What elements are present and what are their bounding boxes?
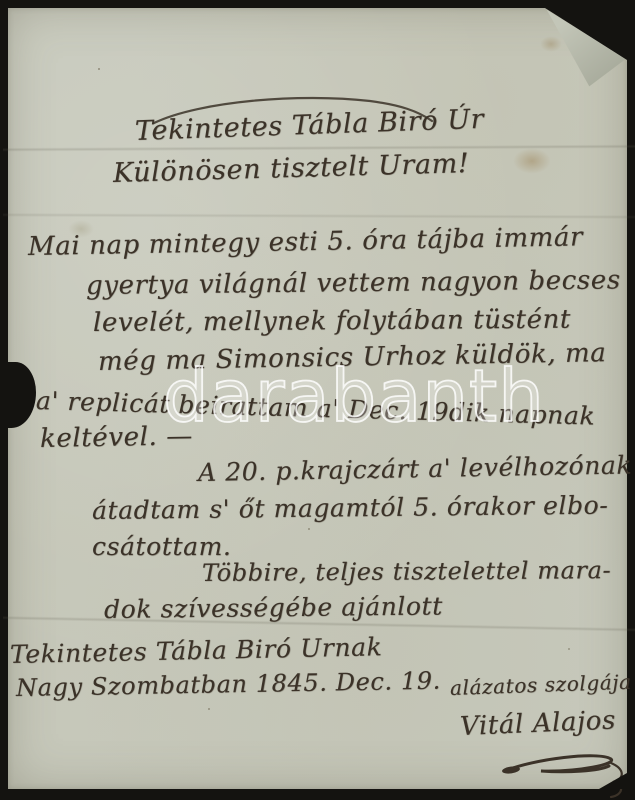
paper-crease [3,144,635,151]
paper-crease [3,213,635,219]
paper-specks [98,68,100,70]
body-line: keltével. — [40,421,193,454]
body-line: még ma Simonsics Urhoz küldök, ma [98,338,607,377]
body-line: csátottam. [92,532,231,561]
signature-flourish [495,745,635,800]
body-line: levelét, mellynek folytában tüstént [93,305,571,338]
addressee-line: Tekintetes Tábla Biró Urnak [10,632,383,669]
body-line: gyertya világnál vettem nagyon becses [86,265,621,301]
body-line: Mai nap mintegy esti 5. óra tájba immár [28,222,584,262]
valediction-line: alázatos szolgája [450,670,632,700]
body-line: átadtam s' őt magamtól 5. órakor elbo- [92,491,609,525]
body-line: A 20. p.krajczárt a' levélhozónak [198,450,633,487]
paper-stain [513,148,551,174]
salutation-line-2: Különösen tisztelt Uram! [113,148,470,189]
signature: Vitál Alajos [459,705,616,742]
body-line: Többire, teljes tisztelettel mara- [202,556,611,587]
paper-stain [540,36,562,52]
letter-paper: Tekintetes Tábla Biró Úr Különösen tiszt… [8,8,627,789]
left-edge-tear [3,362,36,428]
document-scan: Tekintetes Tábla Biró Úr Különösen tiszt… [0,0,635,800]
body-line: dok szívességébe ajánlott [104,591,443,624]
place-date-line: Nagy Szombatban 1845. Dec. 19. [16,667,441,702]
